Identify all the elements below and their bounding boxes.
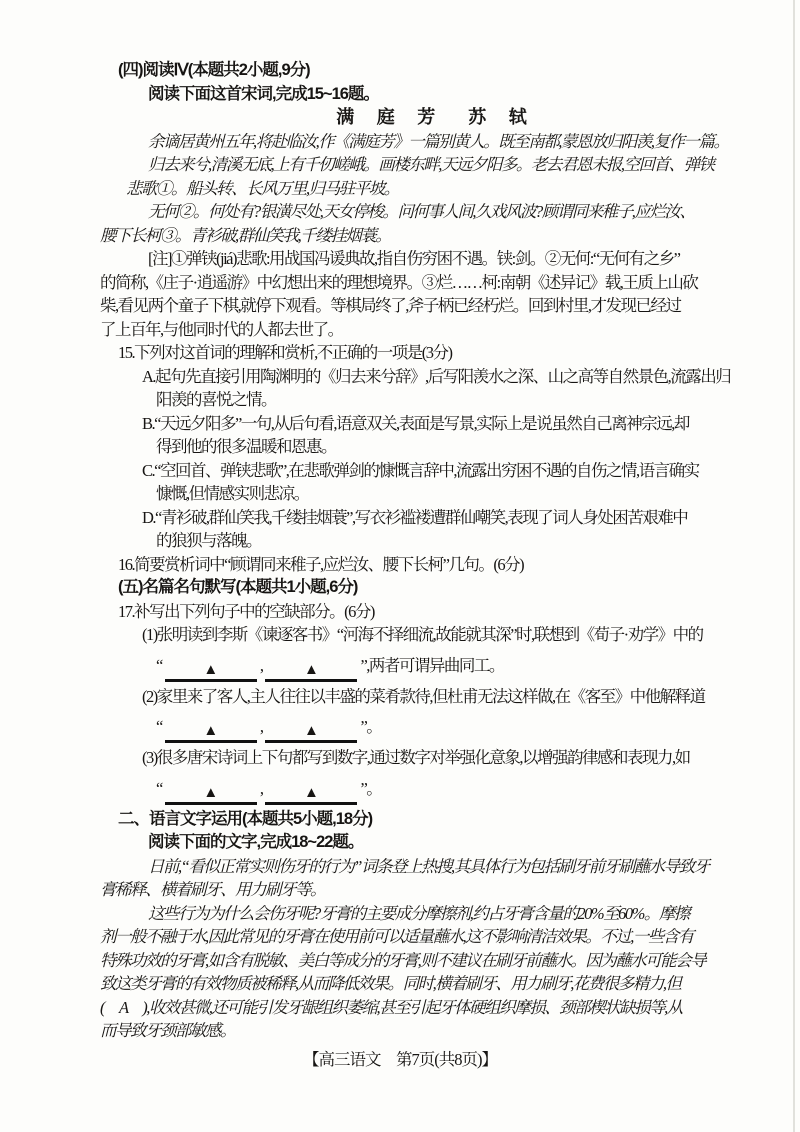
exam-content: (四)阅读Ⅳ(本题共2小题,9分) 阅读下面这首宋词,完成15~16题。 满 庭… bbox=[100, 59, 772, 1043]
poem-title: 满 庭 芳 bbox=[336, 107, 444, 127]
passage-line: ( A ),收效甚微,还可能引发牙龈组织萎缩,甚至引起牙体硬组织摩损、颈部楔状缺… bbox=[100, 996, 772, 1020]
triangle-mark: ▲ bbox=[203, 723, 218, 739]
open-quote: “ bbox=[156, 717, 162, 736]
poem-line: 腰下长柯③。青衫破,群仙笑我,千缕挂烟蓑。 bbox=[100, 224, 772, 248]
blank-separator: , bbox=[260, 717, 263, 736]
open-quote: “ bbox=[156, 656, 162, 675]
blank-tail: ”。 bbox=[360, 717, 381, 736]
q15-option-c-line: C.“空回首、弹铗悲歌”,在悲歌弹剑的慷慨言辞中,流露出穷困不遇的自伤之情,语言… bbox=[142, 459, 772, 483]
section-4-heading: (四)阅读Ⅳ(本题共2小题,9分) bbox=[118, 59, 772, 83]
section-2-intro: 阅读下面的文字,完成18~22题。 bbox=[148, 831, 772, 855]
passage-line: 致这类牙膏的有效物质被稀释,从而降低效果。同时,横着刷牙、用力刷牙,花费很多精力… bbox=[100, 972, 772, 996]
triangle-mark: ▲ bbox=[203, 785, 218, 801]
q15-option-d-line: D.“青衫破,群仙笑我,千缕挂烟蓑”,写衣衫褴褛遭群仙嘲笑,表现了词人身处困苦艰… bbox=[142, 506, 772, 530]
answer-blank-underline: ▲ bbox=[265, 721, 357, 743]
section-2-heading: 二、语言文字运用(本题共5小题,18分) bbox=[118, 808, 772, 832]
note-line: 的简称,《庄子·逍遥游》中幻想出来的理想境界。③烂……柯:南朝《述异记》载,王质… bbox=[100, 271, 772, 295]
passage-line: 日前,“看似正常实则伤牙的行为”词条登上热搜,其具体行为包括刷牙前牙刷蘸水导致牙 bbox=[148, 855, 772, 879]
blank-tail: ”,两者可谓异曲同工。 bbox=[360, 656, 503, 675]
note-line: 柴,看见两个童子下棋,就停下观看。等棋局终了,斧子柄已经朽烂。回到村里,才发现已… bbox=[100, 294, 772, 318]
open-quote: “ bbox=[156, 779, 162, 798]
passage-line: 膏稀释、横着刷牙、用力刷牙等。 bbox=[100, 878, 772, 902]
blank-separator: , bbox=[260, 779, 263, 798]
q17-item-2-blanks: “▲,▲”。 bbox=[156, 708, 772, 746]
exam-page: (四)阅读Ⅳ(本题共2小题,9分) 阅读下面这首宋词,完成15~16题。 满 庭… bbox=[0, 0, 800, 1132]
answer-blank-underline: ▲ bbox=[165, 660, 257, 682]
answer-blank-underline: ▲ bbox=[265, 783, 357, 805]
blank-tail: ”。 bbox=[360, 779, 381, 798]
poem-line: 悲歌①。船头转、长风万里,归马驻平坡。 bbox=[126, 177, 772, 201]
answer-blank-underline: ▲ bbox=[165, 783, 257, 805]
note-line: 了上百年,与他同时代的人都去世了。 bbox=[100, 318, 772, 342]
q15-option-a-line: A.起句先直接引用陶渊明的《归去来兮辞》,后写阳羡水之深、山之高等自然景色,流露… bbox=[142, 365, 772, 389]
triangle-mark: ▲ bbox=[304, 723, 319, 739]
answer-blank-underline: ▲ bbox=[265, 660, 357, 682]
section-4-intro: 阅读下面这首宋词,完成15~16题。 bbox=[148, 83, 772, 107]
q15-option-a-line: 阳羡的喜悦之情。 bbox=[156, 388, 772, 412]
q15-option-b-line: 得到他的很多温暖和恩惠。 bbox=[156, 435, 772, 459]
page-footer: 【高三语文 第7页(共8页)】 bbox=[0, 1048, 800, 1072]
triangle-mark: ▲ bbox=[304, 785, 319, 801]
poem-line: 无何②。何处有?银潢尽处,天女停梭。问何事人间,久戏风波?顾谓同来稚子,应烂汝、 bbox=[148, 200, 772, 224]
triangle-mark: ▲ bbox=[304, 662, 319, 678]
q15-option-c-line: 慷慨,但情感实则悲凉。 bbox=[156, 482, 772, 506]
triangle-mark: ▲ bbox=[203, 662, 218, 678]
poem-title-line: 满 庭 芳苏 轼 bbox=[100, 106, 772, 130]
q17-item-3-line: (3)很多唐宋诗词上下句都写到数字,通过数字对举强化意象,以增强韵律感和表现力,… bbox=[142, 746, 772, 770]
passage-line: 这些行为为什么会伤牙呢?牙膏的主要成分摩擦剂,约占牙膏含量的20%至60%。摩擦 bbox=[148, 902, 772, 926]
passage-line: 特殊功效的牙膏,如含有脱敏、美白等成分的牙膏,则不建议在刷牙前蘸水。因为蘸水可能… bbox=[100, 949, 772, 973]
q17-item-1-blanks: “▲,▲”,两者可谓异曲同工。 bbox=[156, 647, 772, 685]
poem-preface: 余谪居黄州五年,将赴临汝,作《满庭芳》一篇别黄人。既至南都,蒙恩放归阳羡,复作一… bbox=[148, 130, 772, 154]
q15-option-b-line: B.“天远夕阳多”一句,从后句看,语意双关,表面是写景,实际上是说虽然自己离神宗… bbox=[142, 412, 772, 436]
answer-blank-underline: ▲ bbox=[165, 721, 257, 743]
section-5-heading: (五)名篇名句默写(本题共1小题,6分) bbox=[118, 576, 772, 600]
q17-item-1-line: (1)张明读到李斯《谏逐客书》“河海不择细流,故能就其深”时,联想到《荀子·劝学… bbox=[142, 623, 772, 647]
q17-item-2-line: (2)家里来了客人,主人往往以丰盛的菜肴款待,但杜甫无法这样做,在《客至》中他解… bbox=[142, 685, 772, 709]
q17-item-3-blanks: “▲,▲”。 bbox=[156, 770, 772, 808]
question-16: 16.简要赏析词中“顾谓同来稚子,应烂汝、腰下长柯”几句。(6分) bbox=[118, 553, 772, 577]
blank-separator: , bbox=[260, 656, 263, 675]
question-15-stem: 15.下列对这首词的理解和赏析,不正确的一项是(3分) bbox=[118, 341, 772, 365]
passage-line: 剂一般不融于水,因此常见的牙膏在使用前可以适量蘸水,这不影响清洁效果。不过,一些… bbox=[100, 925, 772, 949]
note-line: [注]①弹铗(jiá)悲歌:用战国冯谖典故,指自伤穷困不遇。铗:剑。②无何:“无… bbox=[148, 247, 772, 271]
q15-option-d-line: 的狼狈与落魄。 bbox=[156, 529, 772, 553]
poem-author: 苏 轼 bbox=[468, 107, 536, 127]
question-17-stem: 17.补写出下列句子中的空缺部分。(6分) bbox=[118, 600, 772, 624]
poem-line: 归去来兮,清溪无底,上有千仞嵯峨。画楼东畔,天远夕阳多。老去君恩未报,空回首、弹… bbox=[148, 153, 772, 177]
passage-line: 而导致牙颈部敏感。 bbox=[100, 1019, 772, 1043]
